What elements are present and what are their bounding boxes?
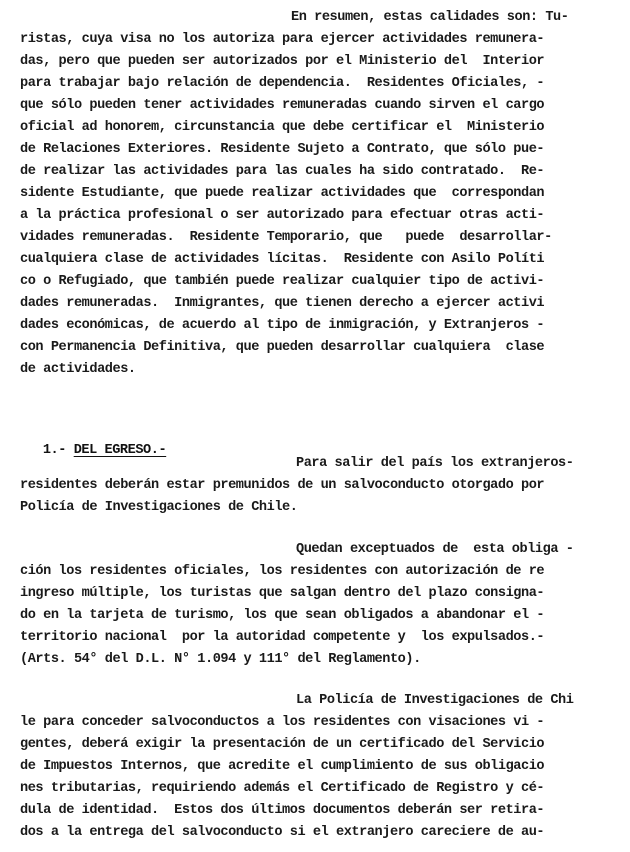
text-line: sidente Estudiante, que puede realizar a… [20,183,544,205]
text-line: con Permanencia Definitiva, que pueden d… [20,337,544,359]
text-line: dos a la entrega del salvoconducto si el… [20,822,544,844]
text-line: de realizar las actividades para las cua… [20,161,544,183]
text-line: Policía de Investigaciones de Chile. [20,497,297,519]
text-line: nes tributarias, requiriendo además el C… [20,778,544,800]
section-title: DEL EGRESO.- [74,443,167,458]
text-line: territorio nacional por la autoridad com… [20,627,544,649]
document-page: En resumen, estas calidades son: Tu- ris… [0,0,630,852]
text-line: (Arts. 54° del D.L. N° 1.094 y 111° del … [20,649,421,671]
text-line: residentes deberán estar premunidos de u… [20,475,544,497]
text-line: oficial ad honorem, circunstancia que de… [20,117,544,139]
text-line: de Relaciones Exteriores. Residente Suje… [20,139,544,161]
text-line: gentes, deberá exigir la presentación de… [20,734,544,756]
text-line: a la práctica profesional o ser autoriza… [20,205,544,227]
text-line: ingreso múltiple, los turistas que salga… [20,583,544,605]
text-line: de actividades. [20,359,136,381]
text-line: de Impuestos Internos, que acredite el c… [20,756,544,778]
text-line: dades económicas, de acuerdo al tipo de … [20,315,544,337]
text-line: En resumen, estas calidades son: Tu- [291,7,568,29]
text-line: vidades remuneradas. Residente Temporari… [20,227,552,249]
text-line: ristas, cuya visa no los autoriza para e… [20,29,544,51]
text-line: das, pero que pueden ser autorizados por… [20,51,544,73]
text-line: Quedan exceptuados de esta obliga - [296,539,573,561]
text-line: que sólo pueden tener actividades remune… [20,95,544,117]
text-line: La Policía de Investigaciones de Chi [296,690,573,712]
section-number: 1.- [43,443,74,458]
text-line: do en la tarjeta de turismo, los que sea… [20,605,544,627]
text-line: dula de identidad. Estos dos últimos doc… [20,800,544,822]
text-line: le para conceder salvoconductos a los re… [20,712,544,734]
text-line: para trabajar bajo relación de dependenc… [20,73,544,95]
text-line: dades remuneradas. Inmigrantes, que tien… [20,293,544,315]
text-line: Para salir del país los extranjeros- [296,453,573,475]
text-line: ción los residentes oficiales, los resid… [20,561,544,583]
text-line: cualquiera clase de actividades lícitas.… [20,249,544,271]
text-line: co o Refugiado, que también puede realiz… [20,271,544,293]
